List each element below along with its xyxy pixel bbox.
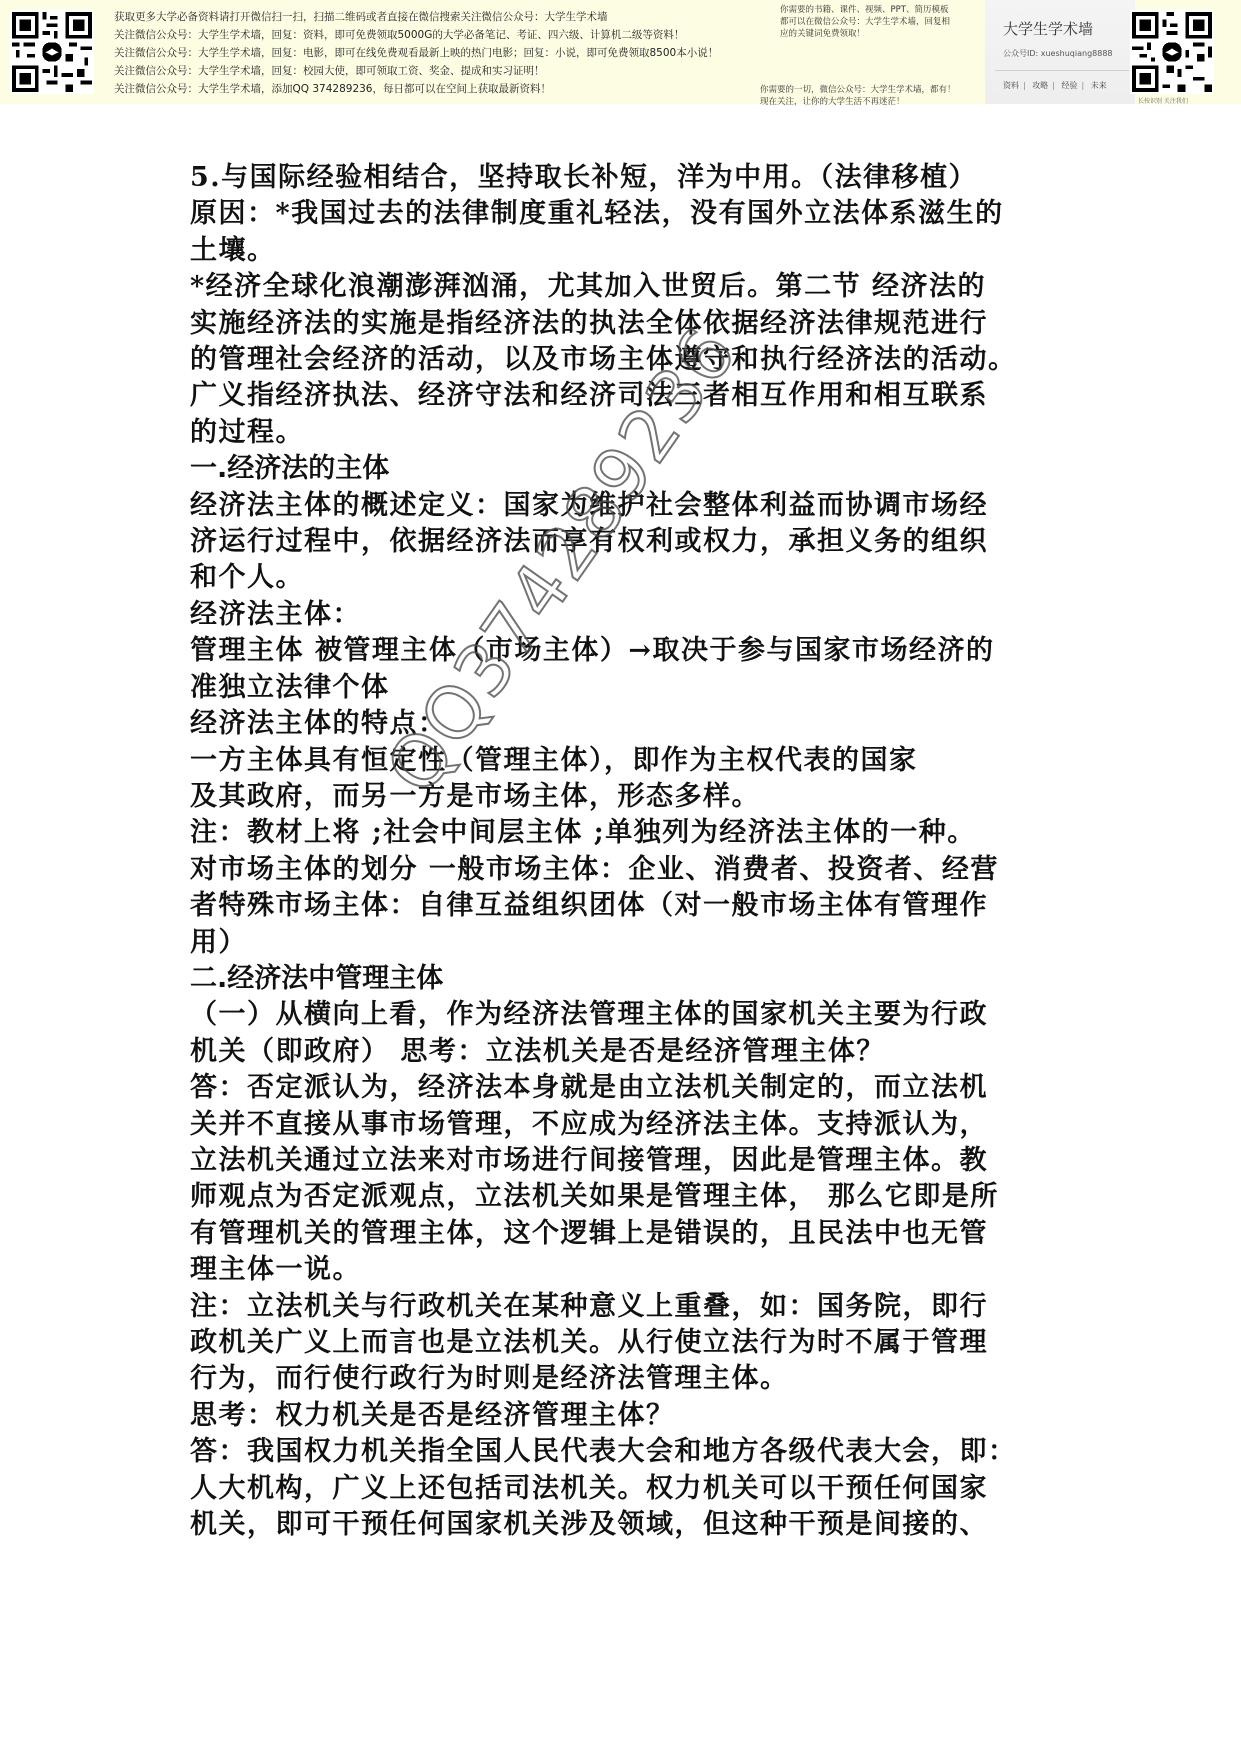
brand-account-id: 公众号ID: xueshuqiang8888 [1003,48,1113,59]
promo-side-line: 你需要的书籍、课件、视频、PPT、简历模板 [780,4,950,16]
text-line: 机关（即政府） 思考：立法机关是否是经济管理主体？ [190,1034,1090,1070]
brand-nav-item: 攻略 [1032,81,1048,90]
divider [995,70,1129,71]
text-line: 立法机关通过立法来对市场进行间接管理，因此是管理主体。教 [190,1143,1090,1179]
text-line: 理主体一说。 [190,1252,1090,1288]
text-line: 思考：权力机关是否是经济管理主体？ [190,1398,1090,1434]
qr-caption: 长按识别 关注我们 [1138,96,1188,105]
brand-nav-item: 经验 [1062,81,1078,90]
text-line: 师观点为否定派观点，立法机关如果是管理主体， 那么它即是所 [190,1179,1090,1215]
promo-text-block: 获取更多大学必备资料请打开微信扫一扫，扫描二维码或者直接在微信搜索关注微信公众号… [114,8,694,98]
promo-line: 关注微信公众号：大学生学术墙，回复：校园大使，即可领取工资、奖金、提成和实习证明… [114,62,694,80]
qr-code-left-icon [10,10,94,94]
brand-nav-item: 未来 [1091,81,1107,90]
text-line: 用） [190,925,1090,961]
promo-side-text-bottom: 你需要的一切，微信公众号：大学生学术墙，都有！ 现在关注，让你的大学生活不再迷茫… [760,84,956,108]
text-line: 管理主体 被管理主体（市场主体）→取决于参与国家市场经济的 [190,633,1090,669]
text-line: 答：我国权力机关指全国人民代表大会和地方各级代表大会，即： [190,1434,1090,1470]
promo-line: 关注微信公众号：大学生学术墙，添加QQ 374289236，每日都可以在空间上获… [114,80,694,98]
text-line: 及其政府，而另一方是市场主体，形态多样。 [190,779,1090,815]
text-line: 者特殊市场主体：自律互益组织团体（对一般市场主体有管理作 [190,888,1090,924]
promo-side-line: 现在关注，让你的大学生活不再迷茫！ [760,96,956,108]
section-heading: 二.经济法中管理主体 [190,961,1090,997]
text-line: 政机关广义上而言也是立法机关。从行使立法行为时不属于管理 [190,1325,1090,1361]
text-line: 对市场主体的划分 一般市场主体：企业、消费者、投资者、经营 [190,852,1090,888]
text-line: 和个人。 [190,560,1090,596]
text-line: 人大机构，广义上还包括司法机关。权力机关可以干预任何国家 [190,1471,1090,1507]
promo-side-line: 你需要的一切，微信公众号：大学生学术墙，都有！ [760,84,956,96]
brand-card: 大学生学术墙 公众号ID: xueshuqiang8888 资料| 攻略| 经验… [985,0,1135,104]
text-line: 准独立法律个体 [190,670,1090,706]
text-line: 的管理社会经济的活动，以及市场主体遵守和执行经济法的活动。 [190,342,1090,378]
section-heading: 一.经济法的主体 [190,451,1090,487]
text-line: 济运行过程中，依据经济法而享有权利或权力，承担义务的组织 [190,524,1090,560]
promo-line: 获取更多大学必备资料请打开微信扫一扫，扫描二维码或者直接在微信搜索关注微信公众号… [114,8,694,26]
text-line: 关并不直接从事市场管理，不应成为经济法主体。支持派认为， [190,1107,1090,1143]
text-line: 土壤。 [190,233,1090,269]
text-line: （一）从横向上看，作为经济法管理主体的国家机关主要为行政 [190,997,1090,1033]
text-line: 经济法主体的概述定义：国家为维护社会整体利益而协调市场经 [190,488,1090,524]
brand-nav: 资料| 攻略| 经验| 未来 [1003,80,1107,91]
text-line: 5.与国际经验相结合，坚持取长补短，洋为中用。（法律移植） [190,160,1090,196]
promo-side-line: 都可以在微信公众号：大学生学术墙，回复相 [780,16,950,28]
promo-line: 关注微信公众号：大学生学术墙，回复：电影，即可在线免费观看最新上映的热门电影；回… [114,44,694,62]
text-line: 注：立法机关与行政机关在某种意义上重叠，如：国务院，即行 [190,1289,1090,1325]
text-line: 的过程。 [190,415,1090,451]
promo-side-text-top: 你需要的书籍、课件、视频、PPT、简历模板 都可以在微信公众号：大学生学术墙，回… [780,4,950,40]
text-line: *经济全球化浪潮澎湃汹涌，尤其加入世贸后。第二节 经济法的 [190,269,1090,305]
text-line: 注：教材上将 ;社会中间层主体 ;单独列为经济法主体的一种。 [190,815,1090,851]
document-body: 5.与国际经验相结合，坚持取长补短，洋为中用。（法律移植）原因：*我国过去的法律… [190,160,1090,1543]
text-line: 经济法主体的特点： [190,706,1090,742]
text-line: 有管理机关的管理主体，这个逻辑上是错误的，且民法中也无管 [190,1216,1090,1252]
text-line: 广义指经济执法、经济守法和经济司法三者相互作用和相互联系 [190,378,1090,414]
text-line: 行为，而行使行政行为时则是经济法管理主体。 [190,1361,1090,1397]
brand-nav-item: 资料 [1003,81,1019,90]
text-line: 原因：*我国过去的法律制度重礼轻法，没有国外立法体系滋生的 [190,196,1090,232]
promo-banner: 获取更多大学必备资料请打开微信扫一扫，扫描二维码或者直接在微信搜索关注微信公众号… [0,0,1241,104]
promo-side-line: 应的关键词免费领取！ [780,28,950,40]
text-line: 经济法主体： [190,597,1090,633]
text-line: 一方主体具有恒定性（管理主体），即作为主权代表的国家 [190,743,1090,779]
qr-code-right-icon [1130,10,1214,94]
brand-title: 大学生学术墙 [1003,18,1093,39]
promo-line: 关注微信公众号：大学生学术墙，回复：资料，即可免费领取5000G的大学必备笔记、… [114,26,694,44]
text-line: 实施经济法的实施是指经济法的执法全体依据经济法律规范进行 [190,306,1090,342]
text-line: 答：否定派认为，经济法本身就是由立法机关制定的，而立法机 [190,1070,1090,1106]
text-line: 机关，即可干预任何国家机关涉及领域，但这种干预是间接的、 [190,1507,1090,1543]
